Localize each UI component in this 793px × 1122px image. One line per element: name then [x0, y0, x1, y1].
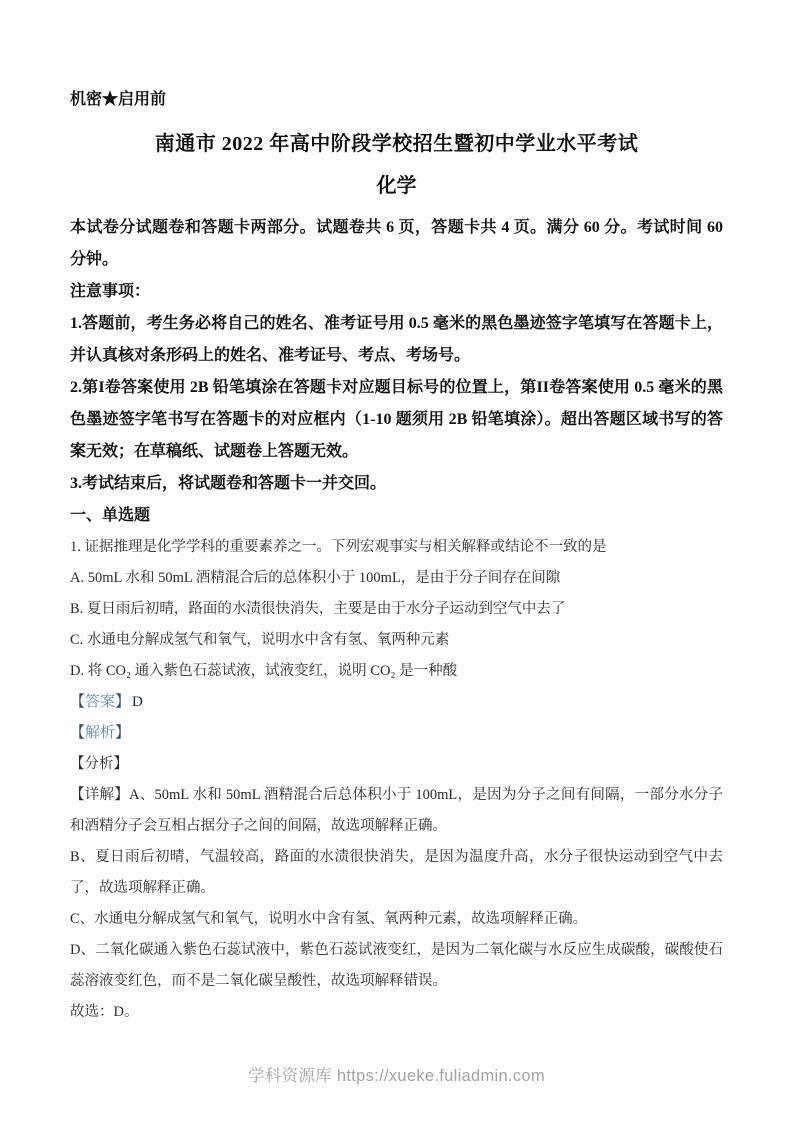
option-d: D. 将 CO₂ 通入紫色石蕊试液，试液变红，说明 CO₂ 是一种酸 — [70, 656, 723, 687]
detail-para-a: 【详解】A、50mL 水和 50mL 酒精混合后总体积小于 100mL，是因为分… — [70, 780, 723, 842]
note-item-2: 2.第I卷答案使用 2B 铅笔填涂在答题卡对应题目标号的位置上，第II卷答案使用… — [70, 372, 723, 468]
subject-title: 化学 — [70, 172, 723, 200]
exam-title: 南通市 2022 年高中阶段学校招生暨初中学业水平考试 — [70, 130, 723, 158]
option-a: A. 50mL 水和 50mL 酒精混合后的总体积小于 100mL，是由于分子间… — [70, 563, 723, 594]
detail-para-c: C、水通电分解成氢气和氧气，说明水中含有氢、氧两种元素，故选项解释正确。 — [70, 904, 723, 935]
question-options: A. 50mL 水和 50mL 酒精混合后的总体积小于 100mL，是由于分子间… — [70, 563, 723, 687]
section-heading: 一、单选题 — [70, 500, 723, 532]
note-item-3: 3.考试结束后，将试题卷和答题卡一并交回。 — [70, 468, 723, 500]
exam-intro-paragraph: 本试卷分试题卷和答题卡两部分。试题卷共 6 页，答题卡共 4 页。满分 60 分… — [70, 212, 723, 276]
note-item-1: 1.答题前，考生务必将自己的姓名、准考证号用 0.5 毫米的黑色墨迹签字笔填写在… — [70, 308, 723, 372]
jiexi-label: 解析 — [85, 725, 115, 741]
answer-line: 【答案】D — [70, 687, 723, 718]
confidential-notice: 机密★启用前 — [70, 88, 723, 112]
detail-para-b: B、夏日雨后初晴，气温较高，路面的水渍很快消失，是因为温度升高，水分子很快运动到… — [70, 842, 723, 904]
jiexi-bracket-open: 【 — [70, 725, 85, 741]
conclusion-line: 故选：D。 — [70, 997, 723, 1028]
option-c: C. 水通电分解成氢气和氧气，说明水中含有氢、氧两种元素 — [70, 625, 723, 656]
answer-value: D — [130, 694, 143, 710]
fenxi-label: 【分析】 — [70, 749, 723, 780]
watermark-footer: 学科资源库 https://xueke.fuliadmin.com — [0, 1062, 793, 1086]
document-content: 机密★启用前 南通市 2022 年高中阶段学校招生暨初中学业水平考试 化学 本试… — [0, 0, 793, 1028]
jiexi-bracket-close: 】 — [115, 725, 130, 741]
jiexi-line: 【解析】 — [70, 718, 723, 749]
answer-label: 答案 — [85, 694, 115, 710]
notes-heading: 注意事项： — [70, 276, 723, 308]
answer-bracket-open: 【 — [70, 694, 85, 710]
answer-bracket-close: 】 — [115, 694, 130, 710]
exam-document-page: 机密★启用前 南通市 2022 年高中阶段学校招生暨初中学业水平考试 化学 本试… — [0, 0, 793, 1122]
option-b: B. 夏日雨后初晴，路面的水渍很快消失，主要是由于水分子运动到空气中去了 — [70, 594, 723, 625]
question-stem: 1. 证据推理是化学学科的重要素养之一。下列宏观事实与相关解释或结论不一致的是 — [70, 532, 723, 563]
detail-para-d: D、二氧化碳通入紫色石蕊试液中，紫色石蕊试液变红，是因为二氧化碳与水反应生成碳酸… — [70, 935, 723, 997]
